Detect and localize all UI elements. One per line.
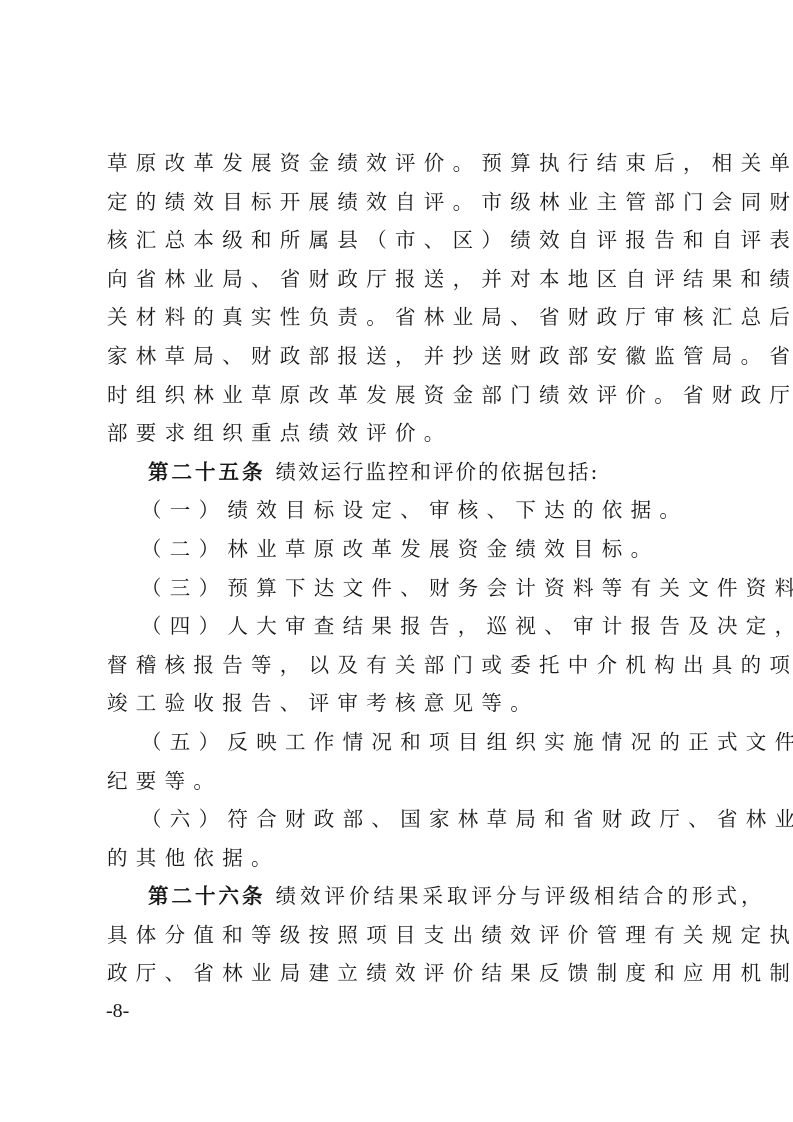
article-26-line: 第二十六条绩效评价结果采取评分与评级相结合的形式， (107, 877, 697, 916)
article-25-item-2: （二）林业草原改革发展资金绩效目标。 (107, 530, 697, 569)
article-25-line: 第二十五条绩效运行监控和评价的依据包括: (107, 453, 697, 492)
article-25-item-1: （一）绩效目标设定、审核、下达的依据。 (107, 491, 697, 530)
article-25-item-4-line: 督稽核报告等，以及有关部门或委托中介机构出具的项目评审或 (107, 646, 697, 685)
article-25-item-4-line: 竣工验收报告、评审考核意见等。 (107, 684, 697, 723)
paragraph-line: 部要求组织重点绩效评价。 (107, 414, 697, 453)
paragraph-line: 核汇总本级和所属县（市、区）绩效自评报告和自评表后，按时 (107, 221, 697, 260)
article-25-item-4-line: （四）人大审查结果报告，巡视、审计报告及决定，财政监 (107, 607, 697, 646)
document-page: 草原改革发展资金绩效评价。预算执行结束后，相关单位对照确 定的绩效目标开展绩效自… (0, 0, 793, 1122)
article-25-item-5-line: （五）反映工作情况和项目组织实施情况的正式文件、会议 (107, 723, 697, 762)
paragraph-line: 家林草局、财政部报送，并抄送财政部安徽监管局。省林业局适 (107, 337, 697, 376)
article-25-item-6-line: （六）符合财政部、国家林草局和省财政厅、省林业局要求 (107, 800, 697, 839)
article-26-line: 政厅、省林业局建立绩效评价结果反馈制度和应用机制，将绩效 (107, 954, 697, 993)
article-25-item-6-line: 的其他依据。 (107, 839, 697, 878)
article-25-item-5-line: 纪要等。 (107, 762, 697, 801)
paragraph-line: 定的绩效目标开展绩效自评。市级林业主管部门会同财政部门审 (107, 183, 697, 222)
article-25-heading: 第二十五条 (148, 460, 266, 484)
article-26-line: 具体分值和等级按照项目支出绩效评价管理有关规定执行。省财 (107, 916, 697, 955)
paragraph-line: 时组织林业草原改革发展资金部门绩效评价。省财政厅根据财政 (107, 376, 697, 415)
paragraph-line: 关材料的真实性负责。省林业局、省财政厅审核汇总后按时向国 (107, 298, 697, 337)
page-number: -8- (106, 1000, 129, 1023)
article-25-item-3: （三）预算下达文件、财务会计资料等有关文件资料。 (107, 569, 697, 608)
article-25-text: 绩效运行监控和评价的依据包括: (276, 460, 600, 484)
article-26-text: 绩效评价结果采取评分与评级相结合的形式， (276, 884, 766, 908)
document-body: 草原改革发展资金绩效评价。预算执行结束后，相关单位对照确 定的绩效目标开展绩效自… (107, 144, 697, 993)
paragraph-line: 草原改革发展资金绩效评价。预算执行结束后，相关单位对照确 (107, 144, 697, 183)
paragraph-line: 向省林业局、省财政厅报送，并对本地区自评结果和绩效评价相 (107, 260, 697, 299)
article-26-heading: 第二十六条 (148, 884, 266, 908)
